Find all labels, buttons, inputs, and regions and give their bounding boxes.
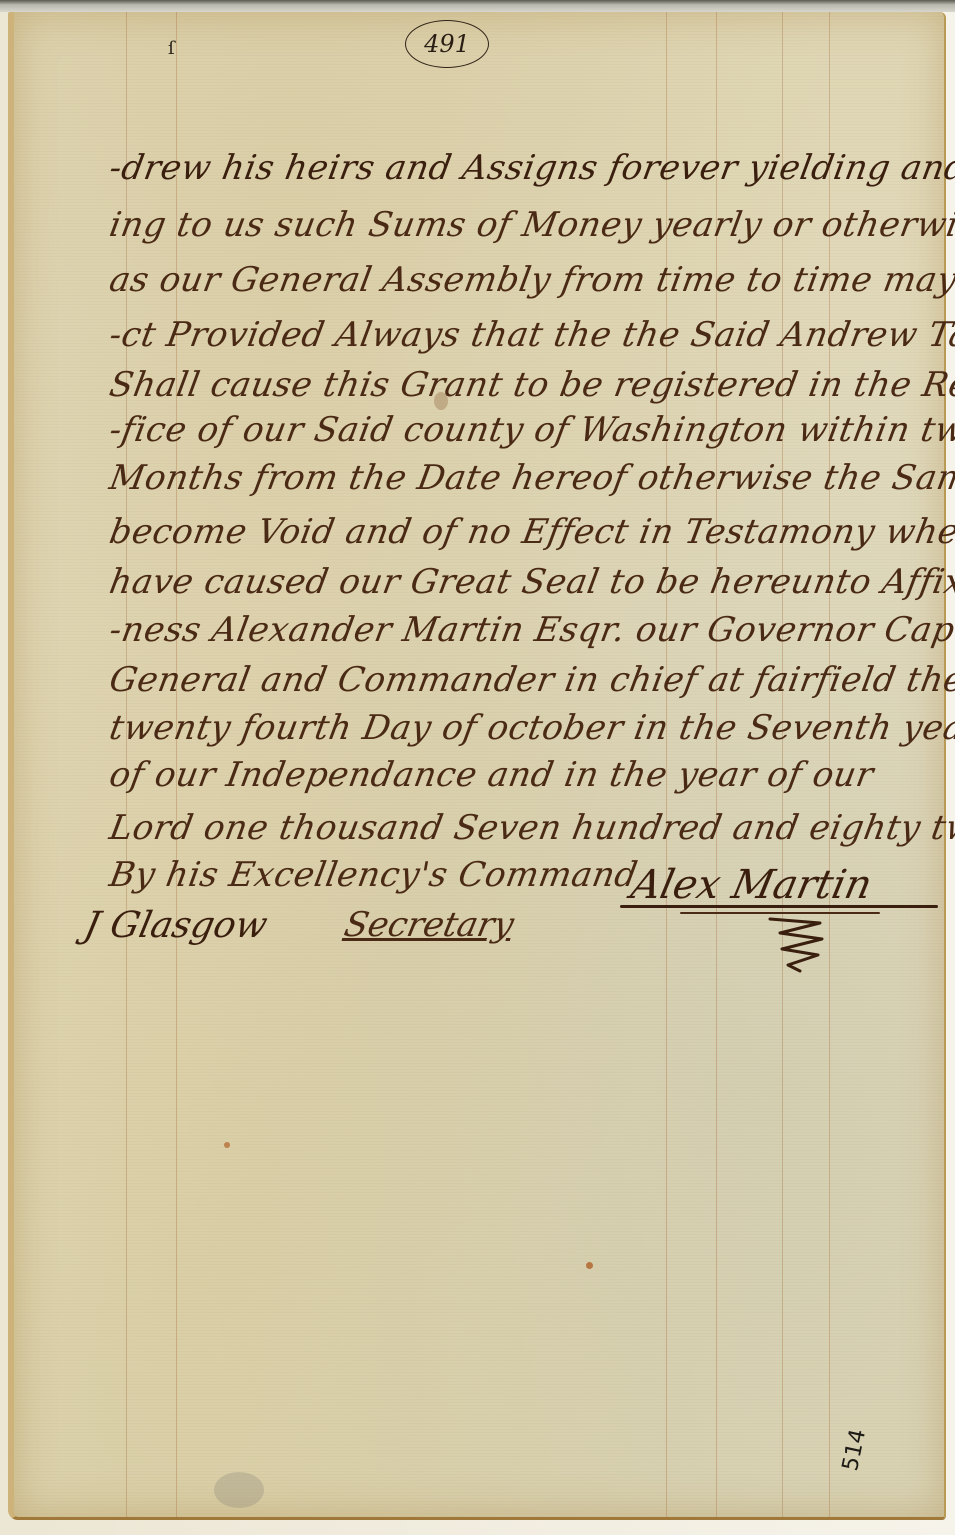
text-line: as our General Assembly from time to tim… <box>106 260 943 300</box>
secretary-title: Secretary <box>341 905 518 945</box>
text-line: -drew his heirs and Assigns forever yiel… <box>106 148 943 188</box>
text-line: -ness Alexander Martin Esqr. our Governo… <box>106 610 943 650</box>
text-line: ing to us such Sums of Money yearly or o… <box>106 205 943 245</box>
text-line: become Void and of no Effect in Testamon… <box>106 512 943 552</box>
signature-underline <box>680 912 880 914</box>
text-line: of our Independance and in the year of o… <box>106 755 943 795</box>
text-line: General and Commander in chief at fairfi… <box>106 660 943 700</box>
text-line: twenty fourth Day of october in the Seve… <box>106 708 943 748</box>
text-line: Months from the Date hereof otherwise th… <box>106 458 943 498</box>
governor-signature: Alex Martin <box>627 862 876 908</box>
signature-flourish-icon <box>760 915 840 975</box>
signature-underline <box>620 905 938 908</box>
text-line: have caused our Great Seal to be hereunt… <box>106 562 943 602</box>
text-line: -ct Provided Always that the the Said An… <box>106 315 943 355</box>
text-line: -fice of our Said county of Washington w… <box>106 410 943 450</box>
text-line: Shall cause this Grant to be registered … <box>106 365 943 405</box>
manuscript-body: -drew his heirs and Assigns forever yiel… <box>0 0 955 1535</box>
text-line: By his Excellency's Command <box>106 855 633 895</box>
secretary-signature: J Glasgow <box>81 905 271 946</box>
text-line: Lord one thousand Seven hundred and eigh… <box>106 808 943 848</box>
